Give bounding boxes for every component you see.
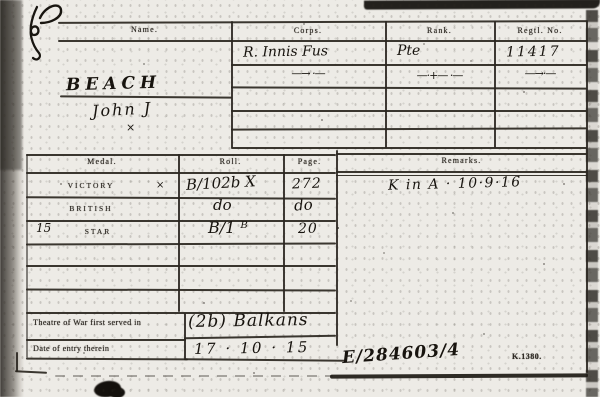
- rule-line: [385, 21, 387, 148]
- scan-blob-bottom-2: [109, 387, 125, 397]
- date-of-entry-label: Date of entry therein: [33, 344, 181, 353]
- theatre-of-war-value: (2b) Balkans: [188, 310, 309, 332]
- regtl-ditto-mark: —→·—: [494, 67, 586, 80]
- rank-ditto-mark: —·+— ·—: [385, 69, 494, 82]
- rule-line: [231, 110, 587, 112]
- rule-line: [184, 358, 347, 361]
- british-page-value: do: [293, 195, 313, 214]
- rule-line: [330, 373, 588, 378]
- victory-page-value: 272: [292, 175, 322, 192]
- rule-line: [336, 153, 587, 155]
- rule-line: [26, 265, 336, 267]
- rule-line: [231, 64, 587, 66]
- remarks-column-label: Remarks.: [336, 156, 587, 165]
- rank-column-label: Rank.: [385, 26, 494, 35]
- rule-line: [231, 21, 233, 148]
- rule-line: [231, 86, 587, 89]
- scan-edge-top: [364, 0, 600, 10]
- rule-line: [231, 147, 587, 149]
- star-roll-value: B/1 ᴮ: [208, 218, 248, 237]
- name-column-label: Name.: [58, 25, 231, 34]
- rule-line: [26, 288, 336, 291]
- rule-line: [336, 171, 587, 173]
- medal-index-card: Name. Corps. Rank. Regtl. No. Medal. Rol…: [0, 0, 600, 397]
- rule-line: [586, 21, 588, 373]
- theatre-of-war-label: Theatre of War first served in: [33, 318, 181, 327]
- rule-line: [26, 220, 336, 222]
- rule-line: [184, 313, 186, 359]
- rule-line: [494, 21, 496, 148]
- form-code: K.1380.: [512, 352, 542, 361]
- rule-line: [26, 196, 336, 199]
- rule-line: [16, 352, 18, 372]
- scan-blob-bottom: [93, 379, 122, 397]
- rule-line: [283, 154, 285, 312]
- rule-line: [231, 127, 587, 130]
- rule-line: [178, 154, 180, 312]
- reference-number-value: E/284603/4: [341, 340, 460, 368]
- star-qualifier-value: 15: [36, 221, 51, 235]
- forename-value: John J: [92, 98, 153, 120]
- page-column-label: Page.: [283, 157, 336, 166]
- regtl-no-column-label: Regtl. No.: [494, 26, 586, 35]
- date-of-entry-value: 17 · 10 · 15: [194, 338, 310, 358]
- rule-line: [26, 172, 336, 174]
- surname-value: BEACH: [66, 73, 162, 95]
- rule-line: [336, 150, 338, 346]
- medal-column-label: Medal.: [26, 157, 178, 166]
- rule-line: [15, 370, 47, 373]
- star-page-value: 20: [298, 221, 318, 237]
- rule-line: [26, 358, 188, 361]
- corps-value: R. Innis Fus: [243, 43, 328, 60]
- corps-ditto-mark: —→ ·—: [231, 67, 385, 80]
- rule-line: [58, 20, 588, 24]
- remarks-note-value: K in A · 10·9·16: [388, 174, 522, 193]
- medal-row-british-label: BRITISH: [26, 204, 156, 213]
- name-cross-mark: ×: [126, 121, 135, 134]
- rule-line: [26, 154, 336, 156]
- rank-value: Pte: [397, 43, 420, 59]
- scan-edge-left-dark-top: [0, 0, 22, 170]
- rule-line: [26, 242, 336, 245]
- british-roll-value: do: [213, 196, 232, 214]
- scan-edge-right: [586, 10, 598, 397]
- medal-row-star-label: STAR: [78, 227, 118, 236]
- scan-edge-left: [0, 0, 24, 397]
- rule-line: [26, 339, 186, 341]
- roll-column-label: Roll.: [178, 157, 283, 166]
- rule-line: [55, 375, 333, 377]
- scan-speckles: [0, 0, 2, 2]
- regtl-no-value: 11417: [506, 44, 561, 61]
- victory-roll-value: B/102b X: [186, 172, 257, 194]
- rule-line: [58, 40, 587, 42]
- medal-row-victory-label: VICTORY: [26, 181, 156, 190]
- corps-column-label: Corps.: [231, 26, 385, 35]
- victory-cross-mark: ×: [156, 180, 164, 191]
